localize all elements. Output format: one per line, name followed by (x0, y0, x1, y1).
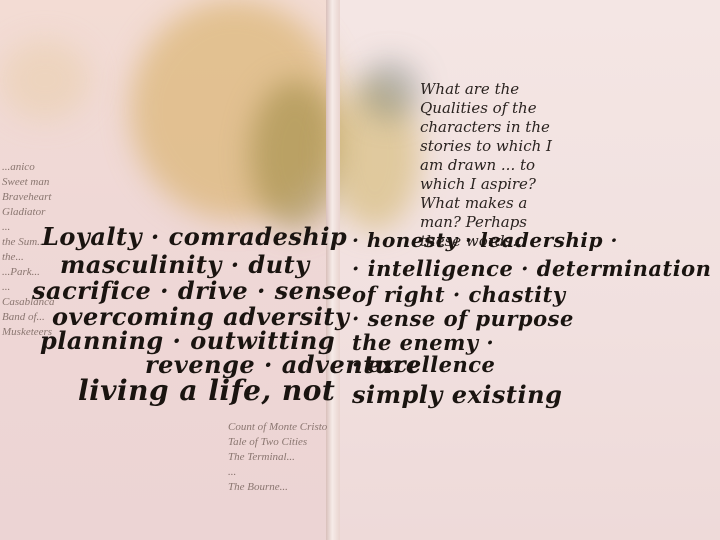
calligraphy-line: of right · chastity (352, 282, 566, 307)
calligraphy-line: · sense of purpose (352, 306, 574, 331)
book-spine (326, 0, 340, 540)
question-block: What are the Qualities of the characters… (420, 80, 552, 251)
watercolor-stain (0, 40, 90, 120)
margin-notes-bottom: Count of Monte Cristo Tale of Two Cities… (228, 420, 327, 495)
calligraphy-line: masculinity · duty (60, 250, 310, 279)
calligraphy-line: · honesty · leadership · (352, 228, 618, 252)
calligraphy-line: · excellence (352, 352, 495, 377)
calligraphy-line: Loyalty · comradeship (42, 222, 347, 251)
calligraphy-line: · intelligence · determination (352, 256, 711, 281)
calligraphy-line: living a life, not (78, 374, 335, 407)
calligraphy-line: simply existing (352, 380, 562, 409)
calligraphy-line: sacrifice · drive · sense (32, 276, 352, 305)
watercolor-stain (360, 60, 420, 120)
